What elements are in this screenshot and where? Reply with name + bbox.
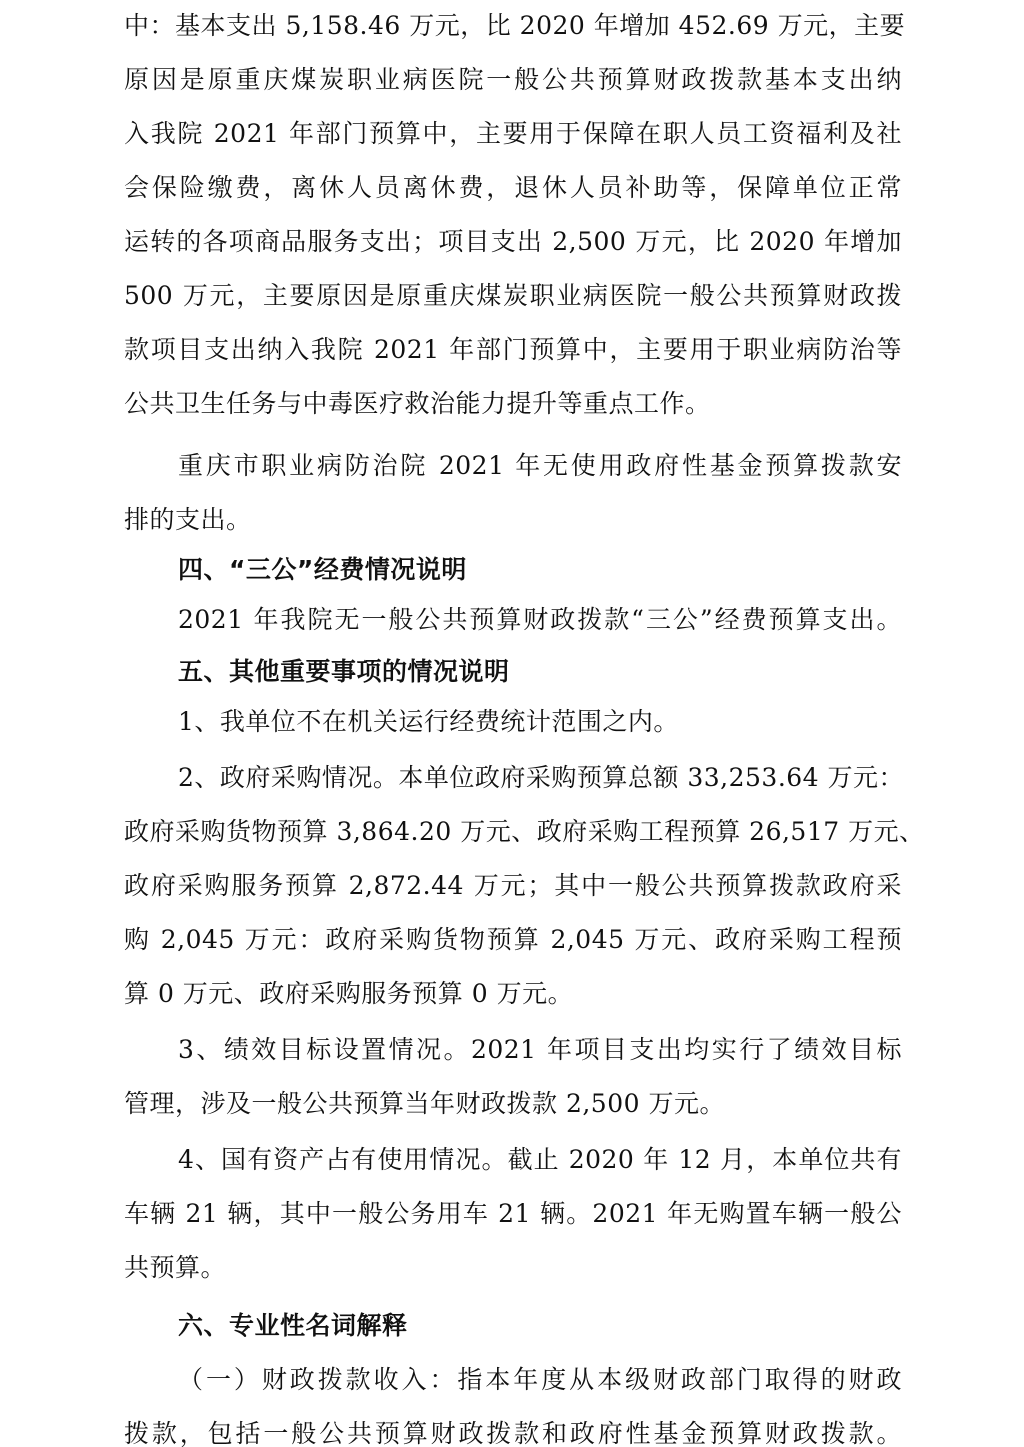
paragraph-line: 原因是原重庆煤炭职业病医院一般公共预算财政拨款基本支出纳	[124, 60, 902, 100]
paragraph-line: （一）财政拨款收入：指本年度从本级财政部门取得的财政	[178, 1360, 902, 1400]
paragraph-line: 运转的各项商品服务支出；项目支出 2,500 万元，比 2020 年增加	[124, 222, 902, 262]
paragraph-line: 1、我单位不在机关运行经费统计范围之内。	[178, 702, 902, 742]
paragraph-line: 4、国有资产占有使用情况。截止 2020 年 12 月，本单位共有	[178, 1140, 902, 1180]
paragraph-line: 会保险缴费，离休人员离休费，退休人员补助等，保障单位正常	[124, 168, 902, 208]
paragraph-line: 500 万元，主要原因是原重庆煤炭职业病医院一般公共预算财政拨	[124, 276, 902, 316]
section-heading: 六、专业性名词解释	[178, 1306, 902, 1346]
paragraph-line: 拨款，包括一般公共预算财政拨款和政府性基金预算财政拨款。	[124, 1414, 902, 1447]
paragraph-line: 排的支出。	[124, 500, 902, 540]
paragraph-line: 中：基本支出 5,158.46 万元，比 2020 年增加 452.69 万元，…	[124, 6, 902, 46]
paragraph-line: 政府采购货物预算 3,864.20 万元、政府采购工程预算 26,517 万元、	[124, 812, 902, 852]
paragraph-line: 3、绩效目标设置情况。2021 年项目支出均实行了绩效目标	[178, 1030, 902, 1070]
section-heading: 四、“三公”经费情况说明	[178, 550, 902, 590]
paragraph-line: 重庆市职业病防治院 2021 年无使用政府性基金预算拨款安	[178, 446, 902, 486]
paragraph-line: 算 0 万元、政府采购服务预算 0 万元。	[124, 974, 902, 1014]
paragraph-line: 政府采购服务预算 2,872.44 万元；其中一般公共预算拨款政府采	[124, 866, 902, 906]
paragraph-line: 共预算。	[124, 1248, 902, 1288]
section-heading: 五、其他重要事项的情况说明	[178, 652, 902, 692]
paragraph-line: 2021 年我院无一般公共预算财政拨款“三公”经费预算支出。	[178, 600, 902, 640]
paragraph-line: 入我院 2021 年部门预算中，主要用于保障在职人员工资福利及社	[124, 114, 902, 154]
paragraph-line: 管理，涉及一般公共预算当年财政拨款 2,500 万元。	[124, 1084, 902, 1124]
paragraph-line: 公共卫生任务与中毒医疗救治能力提升等重点工作。	[124, 384, 902, 424]
paragraph-line: 2、政府采购情况。本单位政府采购预算总额 33,253.64 万元：	[178, 758, 902, 798]
paragraph-line: 款项目支出纳入我院 2021 年部门预算中，主要用于职业病防治等	[124, 330, 902, 370]
paragraph-line: 车辆 21 辆，其中一般公务用车 21 辆。2021 年无购置车辆一般公	[124, 1194, 902, 1234]
paragraph-line: 购 2,045 万元：政府采购货物预算 2,045 万元、政府采购工程预	[124, 920, 902, 960]
